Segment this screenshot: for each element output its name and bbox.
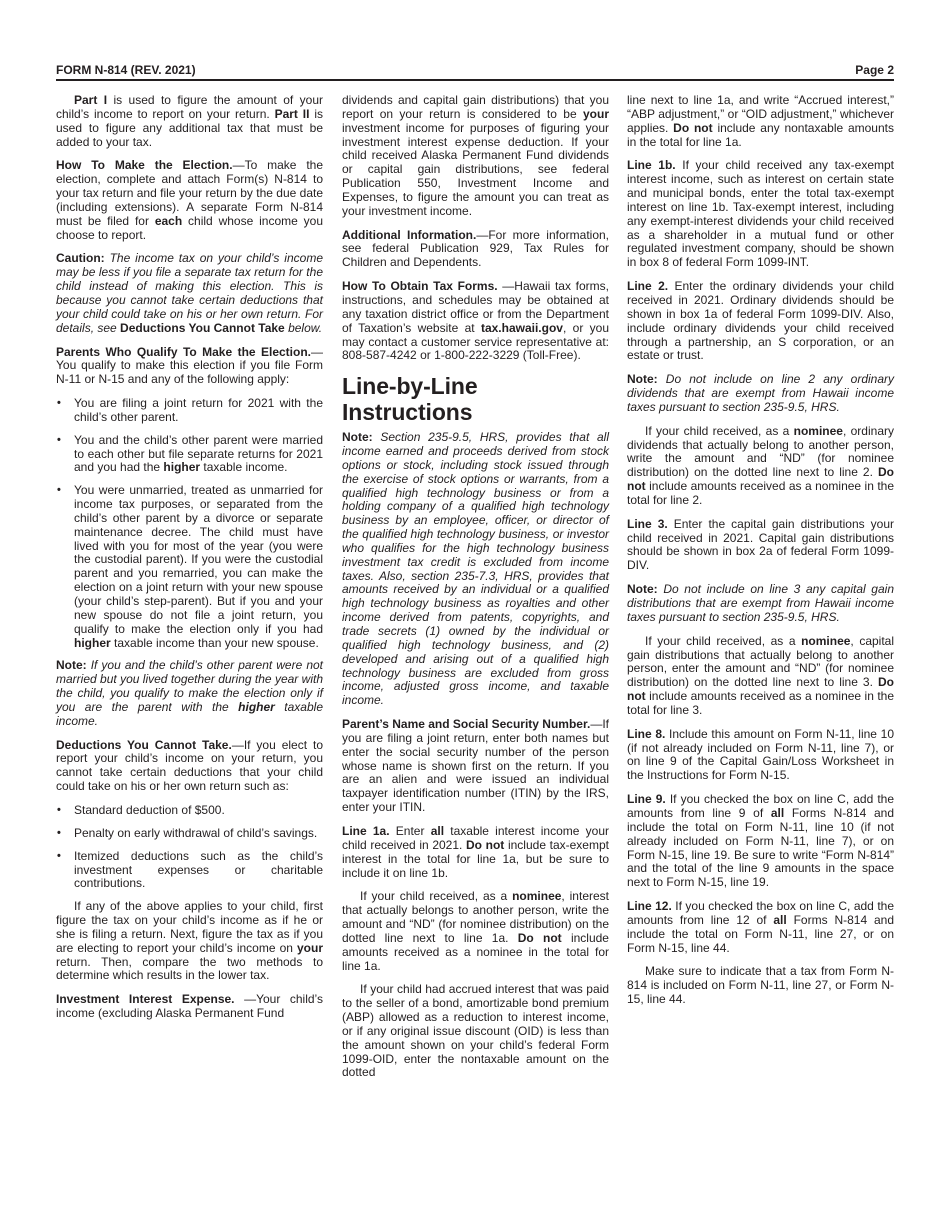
- bold-text: Part I: [74, 93, 107, 107]
- bold-text: higher: [74, 636, 111, 650]
- text-run: taxable income.: [200, 460, 287, 474]
- bold-text: nominee: [801, 634, 850, 648]
- bold-text: Additional Information.: [342, 228, 476, 242]
- paragraph: How To Make the Election.—To make the el…: [56, 159, 323, 242]
- bold-text: higher: [163, 460, 200, 474]
- paragraph: Line 1a. Enter all taxable interest inco…: [342, 825, 609, 880]
- text-run: Make sure to indicate that a tax from Fo…: [627, 964, 894, 1006]
- italic-text: below.: [285, 321, 322, 335]
- bullet-icon: •: [57, 484, 61, 498]
- text-run: If your child received, as a: [645, 424, 794, 438]
- text-run: include amounts received as a nominee in…: [627, 479, 894, 507]
- bold-text: Line 3.: [627, 517, 668, 531]
- paragraph: If your child had accrued interest that …: [342, 983, 609, 1080]
- bullet-icon: •: [57, 434, 61, 448]
- bold-text: Caution:: [56, 251, 105, 265]
- paragraph: Note: If you and the child’s other paren…: [56, 659, 323, 728]
- bullet-list-item: •You and the child’s other parent were m…: [56, 434, 323, 476]
- text-run: Itemized deductions such as the child’s …: [74, 849, 323, 891]
- paragraph: If your child received, as a nominee, ca…: [627, 635, 894, 718]
- text-run: dividends and capital gain distributions…: [342, 93, 609, 121]
- bold-text: How To Make the Election.: [56, 158, 233, 172]
- bold-text: Do not: [466, 838, 504, 852]
- bullet-list-item: •You are filing a joint return for 2021 …: [56, 397, 323, 425]
- bold-text: nominee: [512, 889, 561, 903]
- bullet-icon: •: [57, 827, 61, 841]
- paragraph: dividends and capital gain distributions…: [342, 94, 609, 219]
- text-run: Penalty on early withdrawal of child’s s…: [74, 826, 317, 840]
- text-run: If your child received, as a: [645, 634, 801, 648]
- form-title: FORM N-814 (REV. 2021): [56, 62, 196, 78]
- bold-text: Line 12.: [627, 899, 672, 913]
- bullet-icon: •: [57, 850, 61, 864]
- text-run: investment income for purposes of figuri…: [342, 121, 609, 218]
- bold-text: all: [773, 913, 786, 927]
- column-2: dividends and capital gain distributions…: [342, 94, 609, 1090]
- bold-text: tax.hawaii.gov: [481, 321, 563, 335]
- text-run: —If you are filing a joint return, enter…: [342, 717, 609, 814]
- text-run: You were unmarried, treated as unmarried…: [74, 483, 323, 635]
- paragraph: How To Obtain Tax Forms. —Hawaii tax for…: [342, 280, 609, 363]
- bold-text: higher: [238, 700, 275, 714]
- paragraph: Line 1b. If your child received any tax-…: [627, 159, 894, 270]
- text-run: Enter the ordinary dividends your child …: [627, 279, 894, 362]
- bold-text: Investment Interest Expense.: [56, 992, 235, 1006]
- bold-text: Line 1a.: [342, 824, 390, 838]
- paragraph: Line 8. Include this amount on Form N-11…: [627, 728, 894, 783]
- paragraph: Investment Interest Expense. —Your child…: [56, 993, 323, 1021]
- text-run: Enter: [390, 824, 431, 838]
- paragraph: If any of the above applies to your chil…: [56, 900, 323, 983]
- bold-text: Part II: [275, 107, 310, 121]
- paragraph: Note: Do not include on line 2 any ordin…: [627, 373, 894, 415]
- paragraph: Deductions You Cannot Take.—If you elect…: [56, 739, 323, 794]
- paragraph: Additional Information.—For more informa…: [342, 229, 609, 271]
- text-run: If your child received, as a: [360, 889, 512, 903]
- bold-text: all: [431, 824, 444, 838]
- paragraph: If your child received, as a nominee, or…: [627, 425, 894, 508]
- column-1: Part I is used to figure the amount of y…: [56, 94, 323, 1031]
- bullet-list-item: •Penalty on early withdrawal of child’s …: [56, 827, 323, 841]
- bold-text: Deductions You Cannot Take: [120, 321, 285, 335]
- page-header: FORM N-814 (REV. 2021) Page 2: [56, 62, 894, 81]
- bold-text: Note:: [627, 372, 658, 386]
- bold-text: Line 1b.: [627, 158, 676, 172]
- bullet-list-item: •Standard deduction of $500.: [56, 804, 323, 818]
- text-run: Include this amount on Form N-11, line 1…: [627, 727, 894, 783]
- text-run: Enter the capital gain distributions you…: [627, 517, 894, 573]
- bold-text: Parents Who Qualify To Make the Election…: [56, 345, 311, 359]
- paragraph: Line 3. Enter the capital gain distribut…: [627, 518, 894, 573]
- text-run: include amounts received as a nominee in…: [627, 689, 894, 717]
- bold-text: Line 2.: [627, 279, 668, 293]
- bold-text: all: [771, 806, 784, 820]
- bold-text: Line 8.: [627, 727, 665, 741]
- paragraph: Line 9. If you checked the box on line C…: [627, 793, 894, 890]
- paragraph: Line 2. Enter the ordinary dividends you…: [627, 280, 894, 363]
- bold-text: each: [155, 214, 182, 228]
- bold-text: your: [297, 941, 323, 955]
- bold-text: Line 9.: [627, 792, 666, 806]
- italic-text: Do not include on line 2 any ordinary di…: [627, 372, 894, 414]
- bold-text: Note:: [56, 658, 87, 672]
- paragraph: Note: Do not include on line 3 any capit…: [627, 583, 894, 625]
- text-run: If your child had accrued interest that …: [342, 982, 609, 1079]
- paragraph: Note: Section 235-9.5, HRS, provides tha…: [342, 431, 609, 708]
- page-number: Page 2: [855, 62, 894, 78]
- italic-text: Do not include on line 3 any capital gai…: [627, 582, 894, 624]
- paragraph: If your child received, as a nominee, in…: [342, 890, 609, 973]
- bold-text: Note:: [342, 430, 373, 444]
- text-run: You are filing a joint return for 2021 w…: [74, 396, 323, 424]
- column-3: line next to line 1a, and write “Accrued…: [627, 94, 894, 1017]
- text-run: Standard deduction of $500.: [74, 803, 225, 817]
- paragraph: Caution: The income tax on your child’s …: [56, 252, 323, 335]
- text-run: If your child received any tax-exempt in…: [627, 158, 894, 269]
- paragraph: Line 12. If you checked the box on line …: [627, 900, 894, 955]
- text-run: taxable income than your new spouse.: [111, 636, 319, 650]
- bold-text: How To Obtain Tax Forms.: [342, 279, 502, 293]
- paragraph: Part I is used to figure the amount of y…: [56, 94, 323, 149]
- text-run: Line-by-Line Instructions: [342, 373, 478, 425]
- text-run: If any of the above applies to your chil…: [56, 899, 323, 955]
- bold-text: Do not: [673, 121, 712, 135]
- bold-text: nominee: [794, 424, 843, 438]
- paragraph: Parent’s Name and Social Security Number…: [342, 718, 609, 815]
- bold-text: Parent’s Name and Social Security Number…: [342, 717, 590, 731]
- italic-text: Section 235-9.5, HRS, provides that all …: [342, 430, 609, 707]
- bold-text: your: [583, 107, 609, 121]
- paragraph: line next to line 1a, and write “Accrued…: [627, 94, 894, 149]
- bold-text: Do not: [518, 931, 562, 945]
- paragraph: Make sure to indicate that a tax from Fo…: [627, 965, 894, 1007]
- bullet-list-item: •You were unmarried, treated as unmarrie…: [56, 484, 323, 650]
- text-run: return. Then, compare the two methods to…: [56, 955, 323, 983]
- bold-text: Deductions You Cannot Take.: [56, 738, 232, 752]
- section-heading: Line-by-Line Instructions: [342, 373, 609, 425]
- bullet-list-item: •Itemized deductions such as the child’s…: [56, 850, 323, 892]
- paragraph: Parents Who Qualify To Make the Election…: [56, 346, 323, 388]
- bullet-icon: •: [57, 397, 61, 411]
- bold-text: Note:: [627, 582, 658, 596]
- bullet-icon: •: [57, 804, 61, 818]
